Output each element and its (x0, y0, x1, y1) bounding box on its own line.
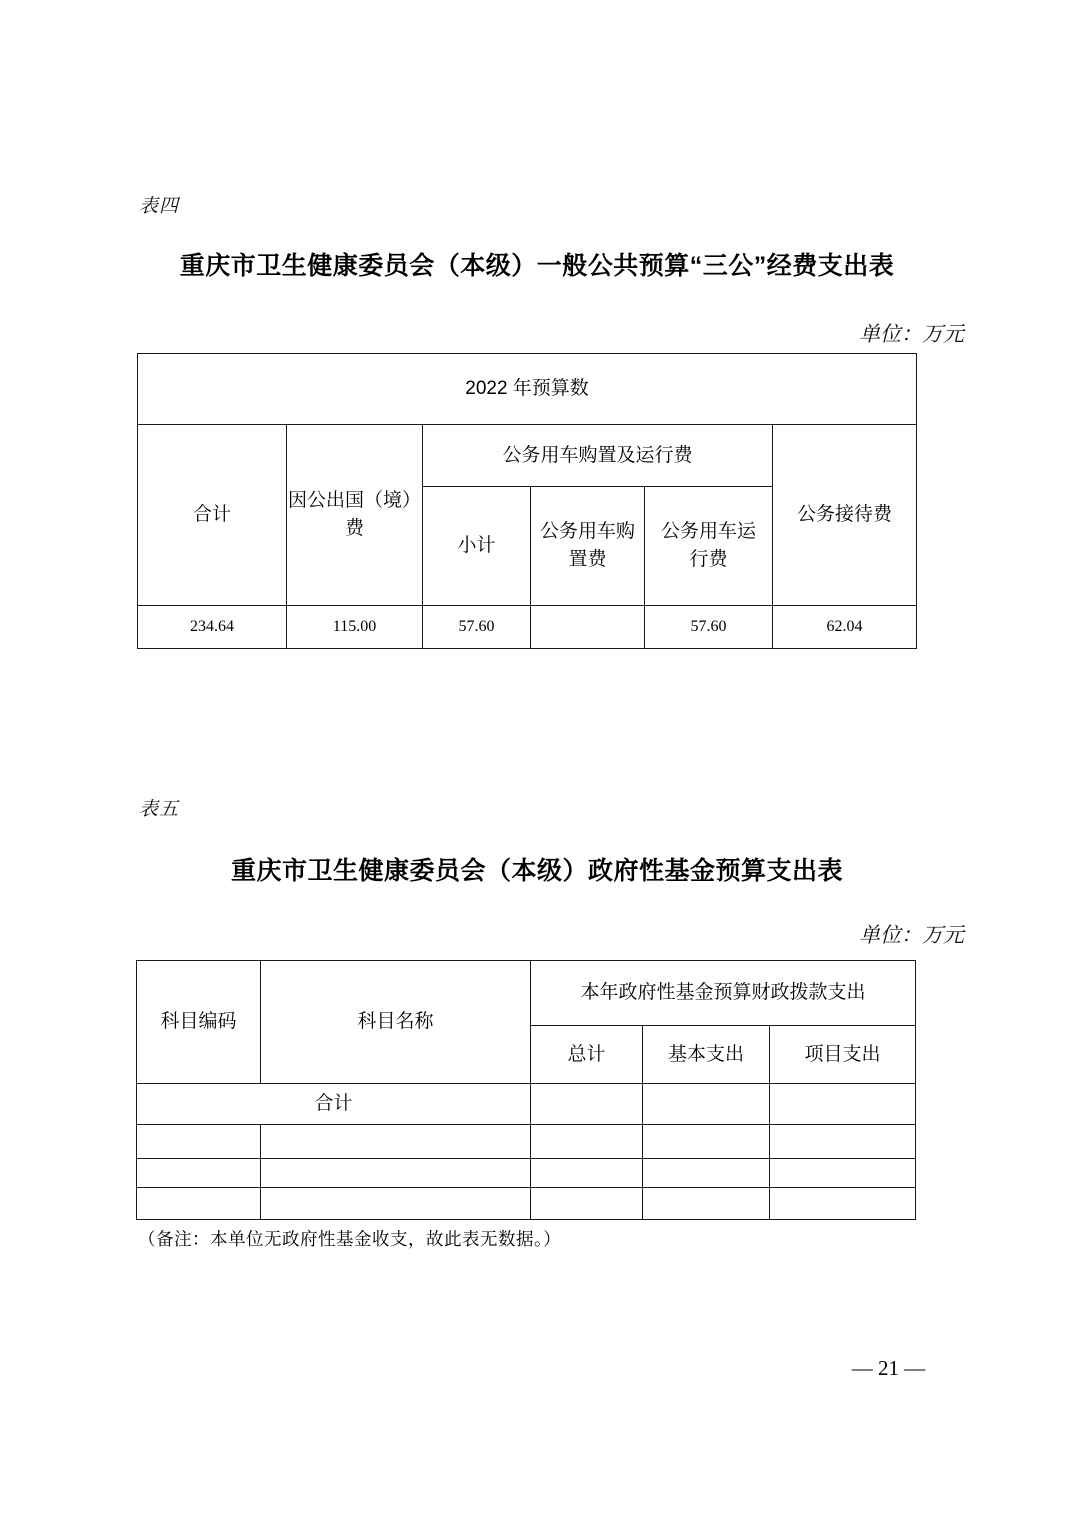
table4-header-purchase: 公务用车购 置费 (531, 487, 645, 606)
table5-empty-cell (137, 1159, 261, 1188)
table5-title: 重庆市卫生健康委员会（本级）政府性基金预算支出表 (0, 851, 1074, 887)
table4-value-reception: 62.04 (773, 606, 917, 649)
government-fund-budget-table: 科目编码 科目名称 本年政府性基金预算财政拨款支出 总计 基本支出 项目支出 合… (136, 960, 916, 1220)
table5-total-label: 合计 (137, 1084, 531, 1125)
table5-empty-row (137, 1125, 916, 1159)
table4-data-row: 234.64 115.00 57.60 57.60 62.04 (138, 606, 917, 649)
table5-header-total: 总计 (531, 1026, 643, 1084)
table4-tag: 表四 (139, 191, 179, 218)
table5-unit-label: 单位：万元 (859, 919, 964, 949)
table5-empty-cell (261, 1159, 531, 1188)
table5-empty-cell (261, 1188, 531, 1220)
table5-header-name: 科目名称 (261, 961, 531, 1084)
table5-empty-cell (770, 1084, 916, 1125)
table5-empty-cell (137, 1188, 261, 1220)
table5-empty-row (137, 1188, 916, 1220)
table5-empty-cell (643, 1188, 770, 1220)
table4-title: 重庆市卫生健康委员会（本级）一般公共预算“三公”经费支出表 (0, 246, 1074, 282)
table5-empty-cell (531, 1188, 643, 1220)
table5-header-code: 科目编码 (137, 961, 261, 1084)
table5-empty-cell (770, 1188, 916, 1220)
table5-header-fund-group: 本年政府性基金预算财政拨款支出 (531, 961, 916, 1026)
table5-empty-cell (137, 1125, 261, 1159)
table4-header-abroad: 因公出国（境） 费 (287, 425, 423, 606)
table5-header-row-1: 科目编码 科目名称 本年政府性基金预算财政拨款支出 (137, 961, 916, 1026)
table4-year-header-cell: 2022 年预算数 (138, 354, 917, 425)
three-public-expense-table: 2022 年预算数 合计 因公出国（境） 费 公务用车购置及运行费 公务接待费 … (137, 353, 917, 649)
page-number: — 21 — (838, 1356, 939, 1381)
table4-header-subtotal: 小计 (423, 487, 531, 606)
table5-note: （备注：本单位无政府性基金收支，故此表无数据。） (138, 1226, 561, 1251)
table5-empty-cell (770, 1125, 916, 1159)
table4-value-purchase (531, 606, 645, 649)
table5-header-basic: 基本支出 (643, 1026, 770, 1084)
table4-header-reception: 公务接待费 (773, 425, 917, 606)
table4-header-vehicle-group: 公务用车购置及运行费 (423, 425, 773, 487)
table4-value-subtotal: 57.60 (423, 606, 531, 649)
table5-empty-cell (261, 1125, 531, 1159)
table5-tag: 表五 (139, 794, 179, 821)
table5-empty-cell (770, 1159, 916, 1188)
table5-empty-cell (531, 1125, 643, 1159)
table5-total-row: 合计 (137, 1084, 916, 1125)
table4-unit-label: 单位：万元 (859, 318, 964, 348)
table5-empty-cell (643, 1125, 770, 1159)
table4-header-row-1: 合计 因公出国（境） 费 公务用车购置及运行费 公务接待费 (138, 425, 917, 487)
table5-empty-cell (643, 1159, 770, 1188)
table5-empty-cell (643, 1084, 770, 1125)
document-page: 表四 重庆市卫生健康委员会（本级）一般公共预算“三公”经费支出表 单位：万元 2… (0, 0, 1074, 1520)
table5-empty-cell (531, 1084, 643, 1125)
table5-header-project: 项目支出 (770, 1026, 916, 1084)
table4-value-abroad: 115.00 (287, 606, 423, 649)
table4-value-total: 234.64 (138, 606, 287, 649)
table4-value-operation: 57.60 (645, 606, 773, 649)
table4-header-operation: 公务用车运 行费 (645, 487, 773, 606)
table5-empty-row (137, 1159, 916, 1188)
table4-header-total: 合计 (138, 425, 287, 606)
table5-empty-cell (531, 1159, 643, 1188)
table4-year-row: 2022 年预算数 (138, 354, 917, 425)
